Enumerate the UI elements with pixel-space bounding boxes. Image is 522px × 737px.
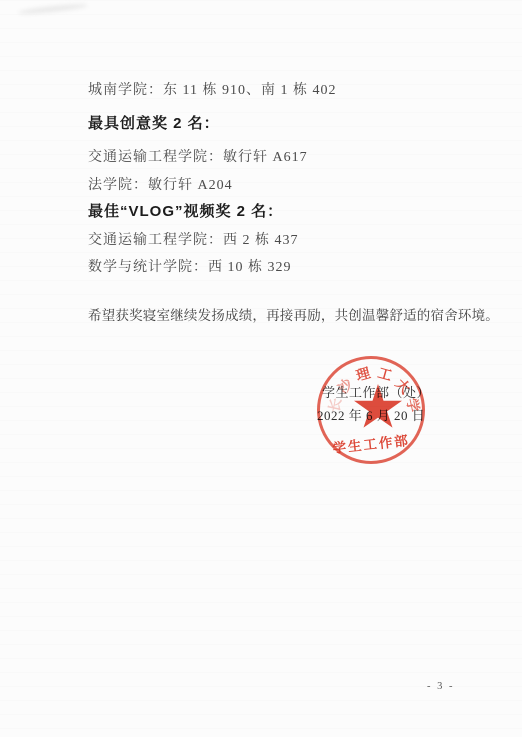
heading-vlog-award: 最佳“VLOG”视频奖 2 名：	[88, 200, 283, 221]
page-number: - 3 -	[427, 681, 455, 692]
scanned-document-page: 城南学院：东 11 栋 910、南 1 栋 402 最具创意奖 2 名： 交通运…	[0, 0, 522, 737]
award-line-transport-west2: 交通运输工程学院：西 2 栋 437	[88, 229, 299, 249]
award-line-transport-a617: 交通运输工程学院：敏行轩 A617	[88, 146, 308, 166]
seal-department-text: 学生工作部	[331, 429, 410, 457]
award-line-chengnan: 城南学院：东 11 栋 910、南 1 栋 402	[88, 79, 336, 99]
scan-smudge	[18, 2, 88, 15]
award-line-math-stats: 数学与统计学院：西 10 栋 329	[88, 256, 292, 276]
star-icon	[353, 384, 403, 432]
heading-creative-award: 最具创意奖 2 名：	[88, 112, 220, 133]
award-line-law: 法学院：敏行轩 A204	[88, 174, 233, 194]
official-seal: 长沙理工大学 学生工作部	[317, 356, 425, 464]
closing-paragraph: 希望获奖寝室继续发扬成绩，再接再励，共创温馨舒适的宿舍环境。	[88, 304, 499, 324]
